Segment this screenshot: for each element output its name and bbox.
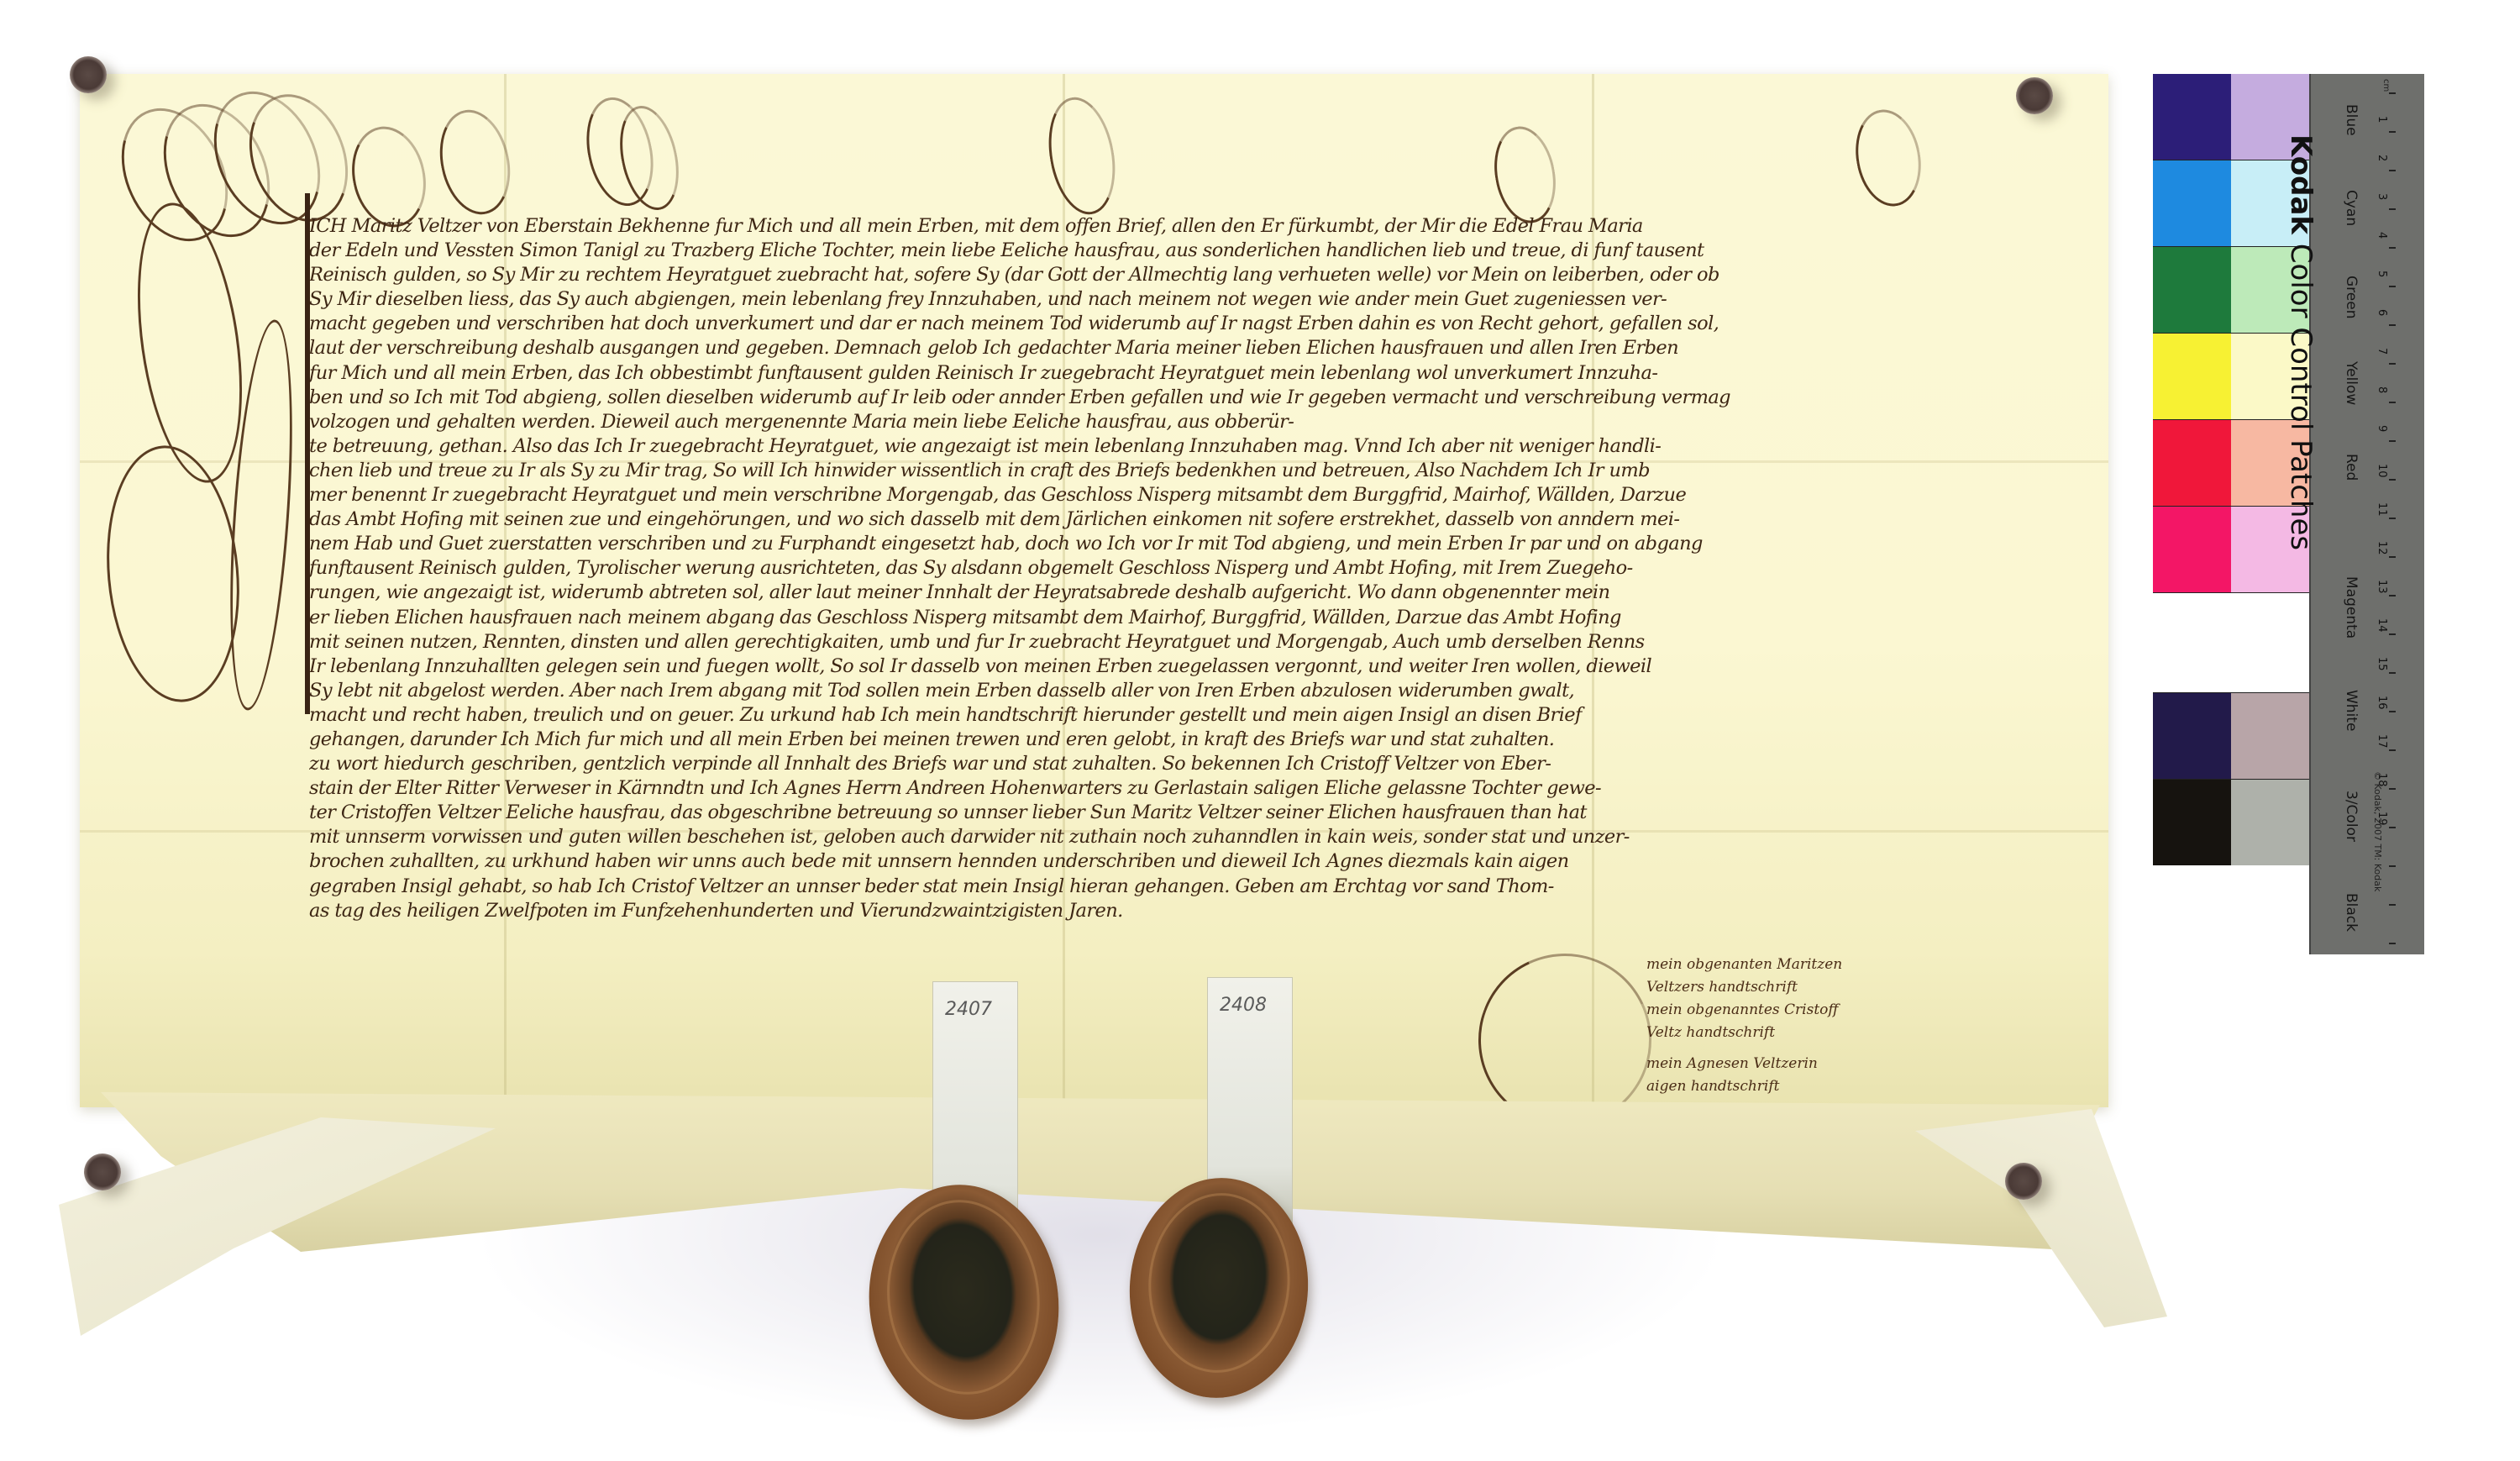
text-line: stain der Elter Ritter Verweser in Kärnn…: [309, 776, 2090, 801]
text-line: te betreuung, gethan. Also das Ich Ir zu…: [309, 434, 2090, 459]
document-photograph: ICH Maritz Veltzer von Eberstain Bekhenn…: [0, 0, 2520, 1461]
ruler-label: 11: [2376, 502, 2388, 517]
magnet-bottom-right: [2005, 1163, 2042, 1200]
kodak-subtitle: Color Control Patches: [2284, 244, 2318, 550]
signature-line: Veltz handtschrift: [1646, 1022, 1915, 1044]
text-line: ICH Maritz Veltzer von Eberstain Bekhenn…: [309, 214, 2090, 239]
text-line: as tag des heiligen Zwelfpoten im Funfze…: [309, 899, 2090, 923]
text-line: Sy Mir dieselben liess, das Sy auch abgi…: [309, 287, 2090, 312]
patch-column-dark: [2153, 74, 2231, 865]
patch-green-dark: [2153, 247, 2231, 334]
text-line: das Ambt Hofing mit seinen zue und einge…: [309, 507, 2090, 532]
text-line: macht gegeben und verschriben hat doch u…: [309, 312, 2090, 336]
kodak-color-target: Kodak Color Control Patches Blue Cyan Gr…: [2153, 74, 2468, 954]
patch-label: Yellow: [2343, 361, 2360, 405]
signatures: mein obgenanten Maritzen Veltzers handts…: [1646, 954, 1915, 1098]
text-line: volzogen und gehalten werden. Dieweil au…: [309, 410, 2090, 434]
text-line: mer benennt Ir zuegebracht Heyratguet un…: [309, 483, 2090, 507]
patch-label: Blue: [2343, 104, 2360, 136]
signature-line: aigen handtschrift: [1646, 1075, 1915, 1098]
patch-label: Green: [2343, 276, 2360, 318]
ruler-label: 1: [2376, 116, 2388, 123]
patch-black-light: [2231, 780, 2309, 865]
ruler-label: 3: [2376, 193, 2388, 200]
text-line: mit unnserm vorwissen und guten willen b…: [309, 825, 2090, 849]
text-line: ter Cristoffen Veltzer Eeliche hausfrau,…: [309, 801, 2090, 825]
patch-yellow-dark: [2153, 334, 2231, 420]
signature-line: mein obgenanten Maritzen: [1646, 954, 1915, 976]
kodak-title: Kodak Color Control Patches: [2284, 134, 2318, 550]
text-line: gegraben Insigl gehabt, so hab Ich Crist…: [309, 875, 2090, 899]
kodak-copyright: © Kodak, 2007 TM: Kodak: [2372, 771, 2383, 891]
patch-red-dark: [2153, 420, 2231, 507]
patch-label: Magenta: [2343, 576, 2360, 639]
signature-line: mein obgenanntes Cristoff: [1646, 999, 1915, 1022]
magnet-bottom-left: [84, 1154, 121, 1190]
ruler-label: 9: [2376, 425, 2388, 432]
ruler-label: 17: [2376, 734, 2388, 749]
ruler-label: 2: [2376, 155, 2388, 161]
text-line: gehangen, darunder Ich Mich fur mich und…: [309, 728, 2090, 752]
text-line: er lieben Elichen hausfrauen nach meinem…: [309, 606, 2090, 630]
text-line: Reinisch gulden, so Sy Mir zu rechtem He…: [309, 263, 2090, 287]
patch-label: 3/Color: [2343, 791, 2360, 842]
seal-number: 2407: [945, 999, 992, 1020]
ruler-label: 6: [2376, 309, 2388, 316]
patch-magenta-dark: [2153, 507, 2231, 593]
shadow: [470, 1185, 1730, 1437]
patch-blue-dark: [2153, 74, 2231, 160]
ruler-label: 8: [2376, 386, 2388, 393]
patch-3color-light: [2231, 693, 2309, 780]
ruler-label: 5: [2376, 271, 2388, 277]
patch-label: Cyan: [2343, 190, 2360, 226]
ruler-label: 4: [2376, 232, 2388, 239]
text-line: funftausent Reinisch gulden, Tyrolischer…: [309, 556, 2090, 581]
magnet-top-left: [70, 56, 107, 93]
text-line: mit seinen nutzen, Rennten, dinsten und …: [309, 630, 2090, 654]
patch-label: Black: [2343, 893, 2360, 932]
kodak-brand: Kodak: [2284, 134, 2318, 234]
gray-ruler-strip: Kodak Color Control Patches Blue Cyan Gr…: [2309, 74, 2424, 954]
ruler-label: 16: [2376, 696, 2388, 710]
text-line: fur Mich und all mein Erben, das Ich obb…: [309, 361, 2090, 386]
text-line: macht und recht haben, treulich und on g…: [309, 703, 2090, 728]
text-line: zu wort hiedurch geschriben, gentzlich v…: [309, 752, 2090, 776]
ruler-label: 7: [2376, 348, 2388, 355]
text-line: ben und so Ich mit Tod abgieng, sollen d…: [309, 386, 2090, 410]
decorated-initial: [225, 193, 318, 714]
magnet-top-right: [2016, 77, 2053, 114]
charter-text: ICH Maritz Veltzer von Eberstain Bekhenn…: [309, 214, 2090, 923]
seal-number: 2408: [1220, 995, 1267, 1016]
text-line: brochen zuhallten, zu urkhund haben wir …: [309, 849, 2090, 874]
ruler-ticks: [2389, 74, 2424, 954]
text-line: Ir lebenlang Innzuhallten gelegen sein u…: [309, 654, 2090, 679]
text-line: laut der verschreibung deshalb ausgangen…: [309, 336, 2090, 360]
text-line: Sy lebt nit abgelost werden. Aber nach I…: [309, 679, 2090, 703]
ruler-label: 12: [2376, 541, 2388, 555]
ruler-label: 13: [2376, 580, 2388, 594]
seal-rim: [1142, 1188, 1296, 1377]
seal-rim: [878, 1192, 1049, 1402]
text-line: der Edeln und Vessten Simon Tanigl zu Tr…: [309, 239, 2090, 263]
text-line: rungen, wie angezaigt ist, widerumb abtr…: [309, 581, 2090, 605]
patch-label: White: [2343, 690, 2360, 731]
ruler-label: 15: [2376, 657, 2388, 671]
text-line: chen lieb und treue zu Ir als Sy zu Mir …: [309, 459, 2090, 483]
patch-label: Red: [2343, 454, 2360, 481]
patch-cyan-dark: [2153, 160, 2231, 247]
ruler-label: 10: [2376, 464, 2388, 478]
signature-line: Veltzers handtschrift: [1646, 976, 1915, 999]
patch-3color-dark: [2153, 693, 2231, 780]
ruler-unit-cm: cm: [2381, 79, 2391, 92]
ruler-label: 14: [2376, 618, 2388, 633]
patch-black-dark: [2153, 780, 2231, 865]
signature-line: mein Agnesen Veltzerin: [1646, 1053, 1915, 1075]
text-line: nem Hab und Guet zuerstatten verschriben…: [309, 532, 2090, 556]
